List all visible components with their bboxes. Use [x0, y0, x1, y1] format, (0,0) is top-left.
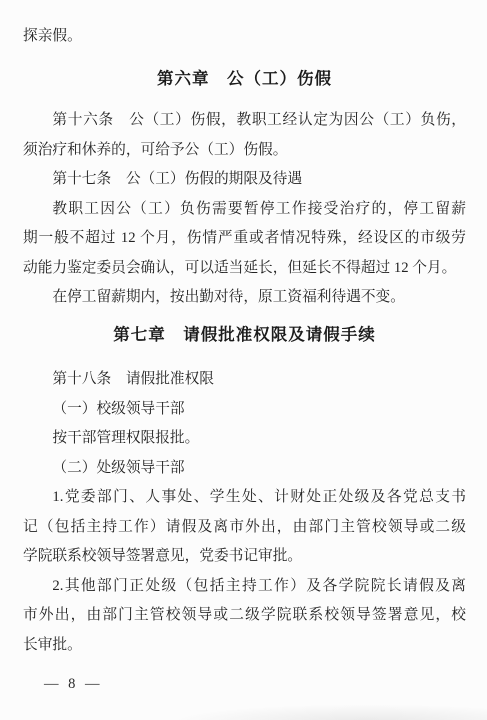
text-line: 学院联系校领导签署意见，党委书记审批。: [23, 542, 466, 572]
text-line: （二）处级领导干部: [23, 454, 466, 484]
chapter-7-heading: 第七章 请假批准权限及请假手续: [23, 321, 466, 351]
text-line: （一）校级领导干部: [23, 395, 466, 425]
article-16-paragraph: 第十六条 公（工）伤假，教职工经认定为因公（工）负伤， 须治疗和休养的，可给予公…: [23, 106, 466, 165]
item-2-division-level-paragraph: （二）处级领导干部: [23, 454, 466, 484]
item-1-school-level-paragraph: （一）校级领导干部: [23, 395, 466, 425]
item-2-sub1-paragraph: 1.党委部门、人事处、学生处、计财处正处级及各党总支书 记（包括主持工作）请假及…: [23, 483, 466, 572]
item-1-note-paragraph: 按干部管理权限报批。: [23, 424, 466, 454]
text-line: 动能力鉴定委员会确认，可以适当延长，但延长不得超过 12 个月。: [23, 254, 466, 284]
text-line: 第十六条 公（工）伤假，教职工经认定为因公（工）负伤，: [23, 106, 466, 136]
text-line: 教职工因公（工）负伤需要暂停工作接受治疗的，停工留薪: [23, 195, 466, 225]
page-number: — 8 —: [44, 670, 466, 700]
article-17-body-paragraph: 教职工因公（工）负伤需要暂停工作接受治疗的，停工留薪 期一般不超过 12 个月，…: [23, 195, 466, 284]
paragraph-tanqinjia-remnant: 探亲假。: [23, 22, 466, 52]
article-18-paragraph: 第十八条 请假批准权限: [23, 365, 466, 395]
scan-edge-shadow: [170, 704, 487, 720]
text-line: 在停工留薪期内，按出勤对待，原工资福利待遇不变。: [23, 283, 466, 313]
article-17-note-paragraph: 在停工留薪期内，按出勤对待，原工资福利待遇不变。: [23, 283, 466, 313]
text-line: 1.党委部门、人事处、学生处、计财处正处级及各党总支书: [23, 483, 466, 513]
text-line: 期一般不超过 12 个月，伤情严重或者情况特殊，经设区的市级劳: [23, 224, 466, 254]
text-line: 探亲假。: [23, 22, 466, 52]
text-line: 第十八条 请假批准权限: [23, 365, 466, 395]
chapter-6-heading: 第六章 公（工）伤假: [23, 65, 466, 95]
document-page: 探亲假。 第六章 公（工）伤假 第十六条 公（工）伤假，教职工经认定为因公（工）…: [0, 0, 487, 720]
text-line: 2.其他部门正处级（包括主持工作）及各学院院长请假及离: [23, 572, 466, 602]
text-line: 长审批。: [23, 631, 466, 661]
item-2-sub2-paragraph: 2.其他部门正处级（包括主持工作）及各学院院长请假及离 市外出，由部门主管校领导…: [23, 572, 466, 661]
text-line: 记（包括主持工作）请假及离市外出，由部门主管校领导或二级: [23, 513, 466, 543]
text-line: 须治疗和休养的，可给予公（工）伤假。: [23, 136, 466, 166]
text-line: 第十七条 公（工）伤假的期限及待遇: [23, 165, 466, 195]
text-line: 市外出，由部门主管校领导或二级学院联系校领导签署意见，校: [23, 601, 466, 631]
article-17-title-paragraph: 第十七条 公（工）伤假的期限及待遇: [23, 165, 466, 195]
text-line: 按干部管理权限报批。: [23, 424, 466, 454]
